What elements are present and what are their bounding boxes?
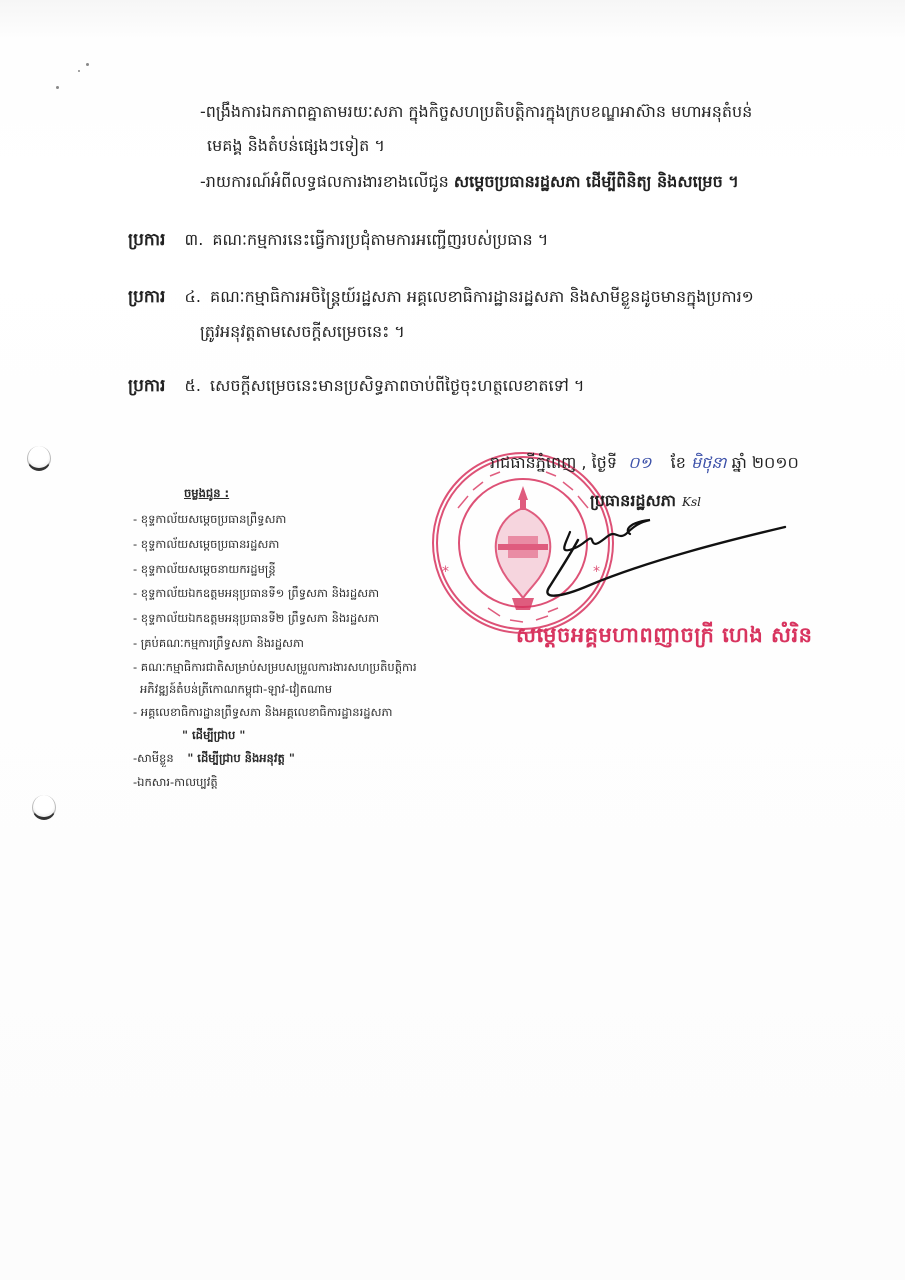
article-text: គណៈកម្មាធិការអចិន្ត្រៃយ៍រដ្ឋសភា អគ្គលេខា… bbox=[210, 287, 754, 306]
year-value: ២០១០ bbox=[752, 453, 799, 472]
report-line: -រាយការណ៍អំពីលទ្ធផលការងារខាងលើជូន សម្តេច… bbox=[200, 172, 739, 191]
article-label: ប្រការ bbox=[128, 287, 165, 307]
distribution-item: - ខុទ្ទកាល័យសម្តេចនាយករដ្ឋមន្ត្រី bbox=[133, 563, 276, 577]
distribution-item: - ខុទ្ទកាល័យឯកឧត្តមអនុប្រធានទី១ ព្រឹទ្ធស… bbox=[133, 587, 379, 601]
date-place: រាជធានីភ្នំពេញ , bbox=[490, 453, 587, 472]
day-value: ០១ bbox=[628, 453, 651, 472]
signatory-name-stamp: សម្តេចអគ្គមហាពញាចក្រី ហេង សំរិន bbox=[516, 622, 812, 653]
distribution-archive: -ឯកសារ-កាលប្បវត្តិ bbox=[133, 776, 218, 790]
article-text: គណៈកម្មការនេះធ្វើការប្រជុំតាមការអញ្ជើញរប… bbox=[212, 230, 548, 249]
date-line: រាជធានីភ្នំពេញ , ថ្ងៃទី ០១ ខែ មិថុនា ឆ្ន… bbox=[490, 452, 799, 476]
punch-hole-top bbox=[27, 446, 51, 471]
party-prefix: -សាមីខ្លួន bbox=[133, 751, 174, 765]
article-text: សេចក្តីសម្រេចនេះមានប្រសិទ្ធភាពចាប់ពីថ្ងៃ… bbox=[210, 376, 584, 395]
continuation-line-2: មេគង្គ និងតំបន់ផ្សេងៗទៀត ។ bbox=[207, 136, 385, 155]
article-4: ប្រការ ៤. គណៈកម្មាធិការអចិន្ត្រៃយ៍រដ្ឋសភ… bbox=[128, 287, 754, 307]
year-label: ឆ្នាំ bbox=[732, 453, 747, 472]
punch-hole-bottom bbox=[32, 795, 56, 820]
distribution-note-info: " ដើម្បីជ្រាប " bbox=[182, 729, 245, 743]
distribution-item: - អគ្គលេខាធិការដ្ឋានព្រឹទ្ធសភា និងអគ្គលេ… bbox=[133, 706, 392, 720]
article-number: ៥. bbox=[185, 376, 201, 395]
continuation-line-1: -ពង្រឹងការឯកភាពគ្នាតាមរយៈសភា ក្នុងកិច្ចស… bbox=[200, 102, 752, 121]
distribution-item: អភិវឌ្ឍន៍តំបន់ត្រីកោណកម្ពុជា-ឡាវ-វៀតណាម bbox=[140, 683, 332, 697]
article-number: ៤. bbox=[185, 287, 201, 306]
distribution-item: - គ្រប់គណៈកម្មការព្រឹទ្ធសភា និងរដ្ឋសភា bbox=[133, 637, 304, 651]
article-5: ប្រការ ៥. សេចក្តីសម្រេចនេះមានប្រសិទ្ធភាព… bbox=[128, 376, 584, 396]
month-label: ខែ bbox=[671, 453, 686, 472]
month-value: មិថុនា bbox=[691, 453, 727, 472]
handwritten-signature bbox=[530, 500, 800, 610]
party-note: " ដើម្បីជ្រាប និងអនុវត្ត " bbox=[187, 751, 295, 765]
report-line-prefix: -រាយការណ៍អំពីលទ្ធផលការងារខាងលើជូន bbox=[200, 172, 449, 191]
day-label: ថ្ងៃទី bbox=[592, 453, 617, 472]
distribution-item: - ខុទ្ទកាល័យសម្តេចប្រធានព្រឹទ្ធសភា bbox=[133, 513, 286, 527]
article-label: ប្រការ bbox=[128, 230, 165, 250]
distribution-item: - ខុទ្ទកាល័យឯកឧត្តមអនុប្រធានទី២ ព្រឹទ្ធស… bbox=[133, 612, 379, 626]
article-number: ៣. bbox=[185, 230, 204, 249]
distribution-title: ចម្លងជូន : bbox=[184, 487, 229, 501]
distribution-party: -សាមីខ្លួន " ដើម្បីជ្រាប និងអនុវត្ត " bbox=[133, 752, 295, 766]
article-label: ប្រការ bbox=[128, 376, 165, 396]
document-page: -ពង្រឹងការឯកភាពគ្នាតាមរយៈសភា ក្នុងកិច្ចស… bbox=[0, 0, 905, 1280]
seal-star-left: * bbox=[442, 564, 449, 580]
distribution-item: - គណៈកម្មាធិការជាតិសម្រាប់សម្របសម្រួលការ… bbox=[133, 661, 417, 675]
distribution-item: - ខុទ្ទកាល័យសម្តេចប្រធានរដ្ឋសភា bbox=[133, 538, 279, 552]
article-3: ប្រការ ៣. គណៈកម្មការនេះធ្វើការប្រជុំតាមក… bbox=[128, 230, 548, 250]
report-line-bold: សម្តេចប្រធានរដ្ឋសភា ដើម្បីពិនិត្យ និងសម្… bbox=[454, 172, 739, 191]
article-4-line-2: ត្រូវអនុវត្តតាមសេចក្តីសម្រេចនេះ ។ bbox=[200, 322, 405, 341]
